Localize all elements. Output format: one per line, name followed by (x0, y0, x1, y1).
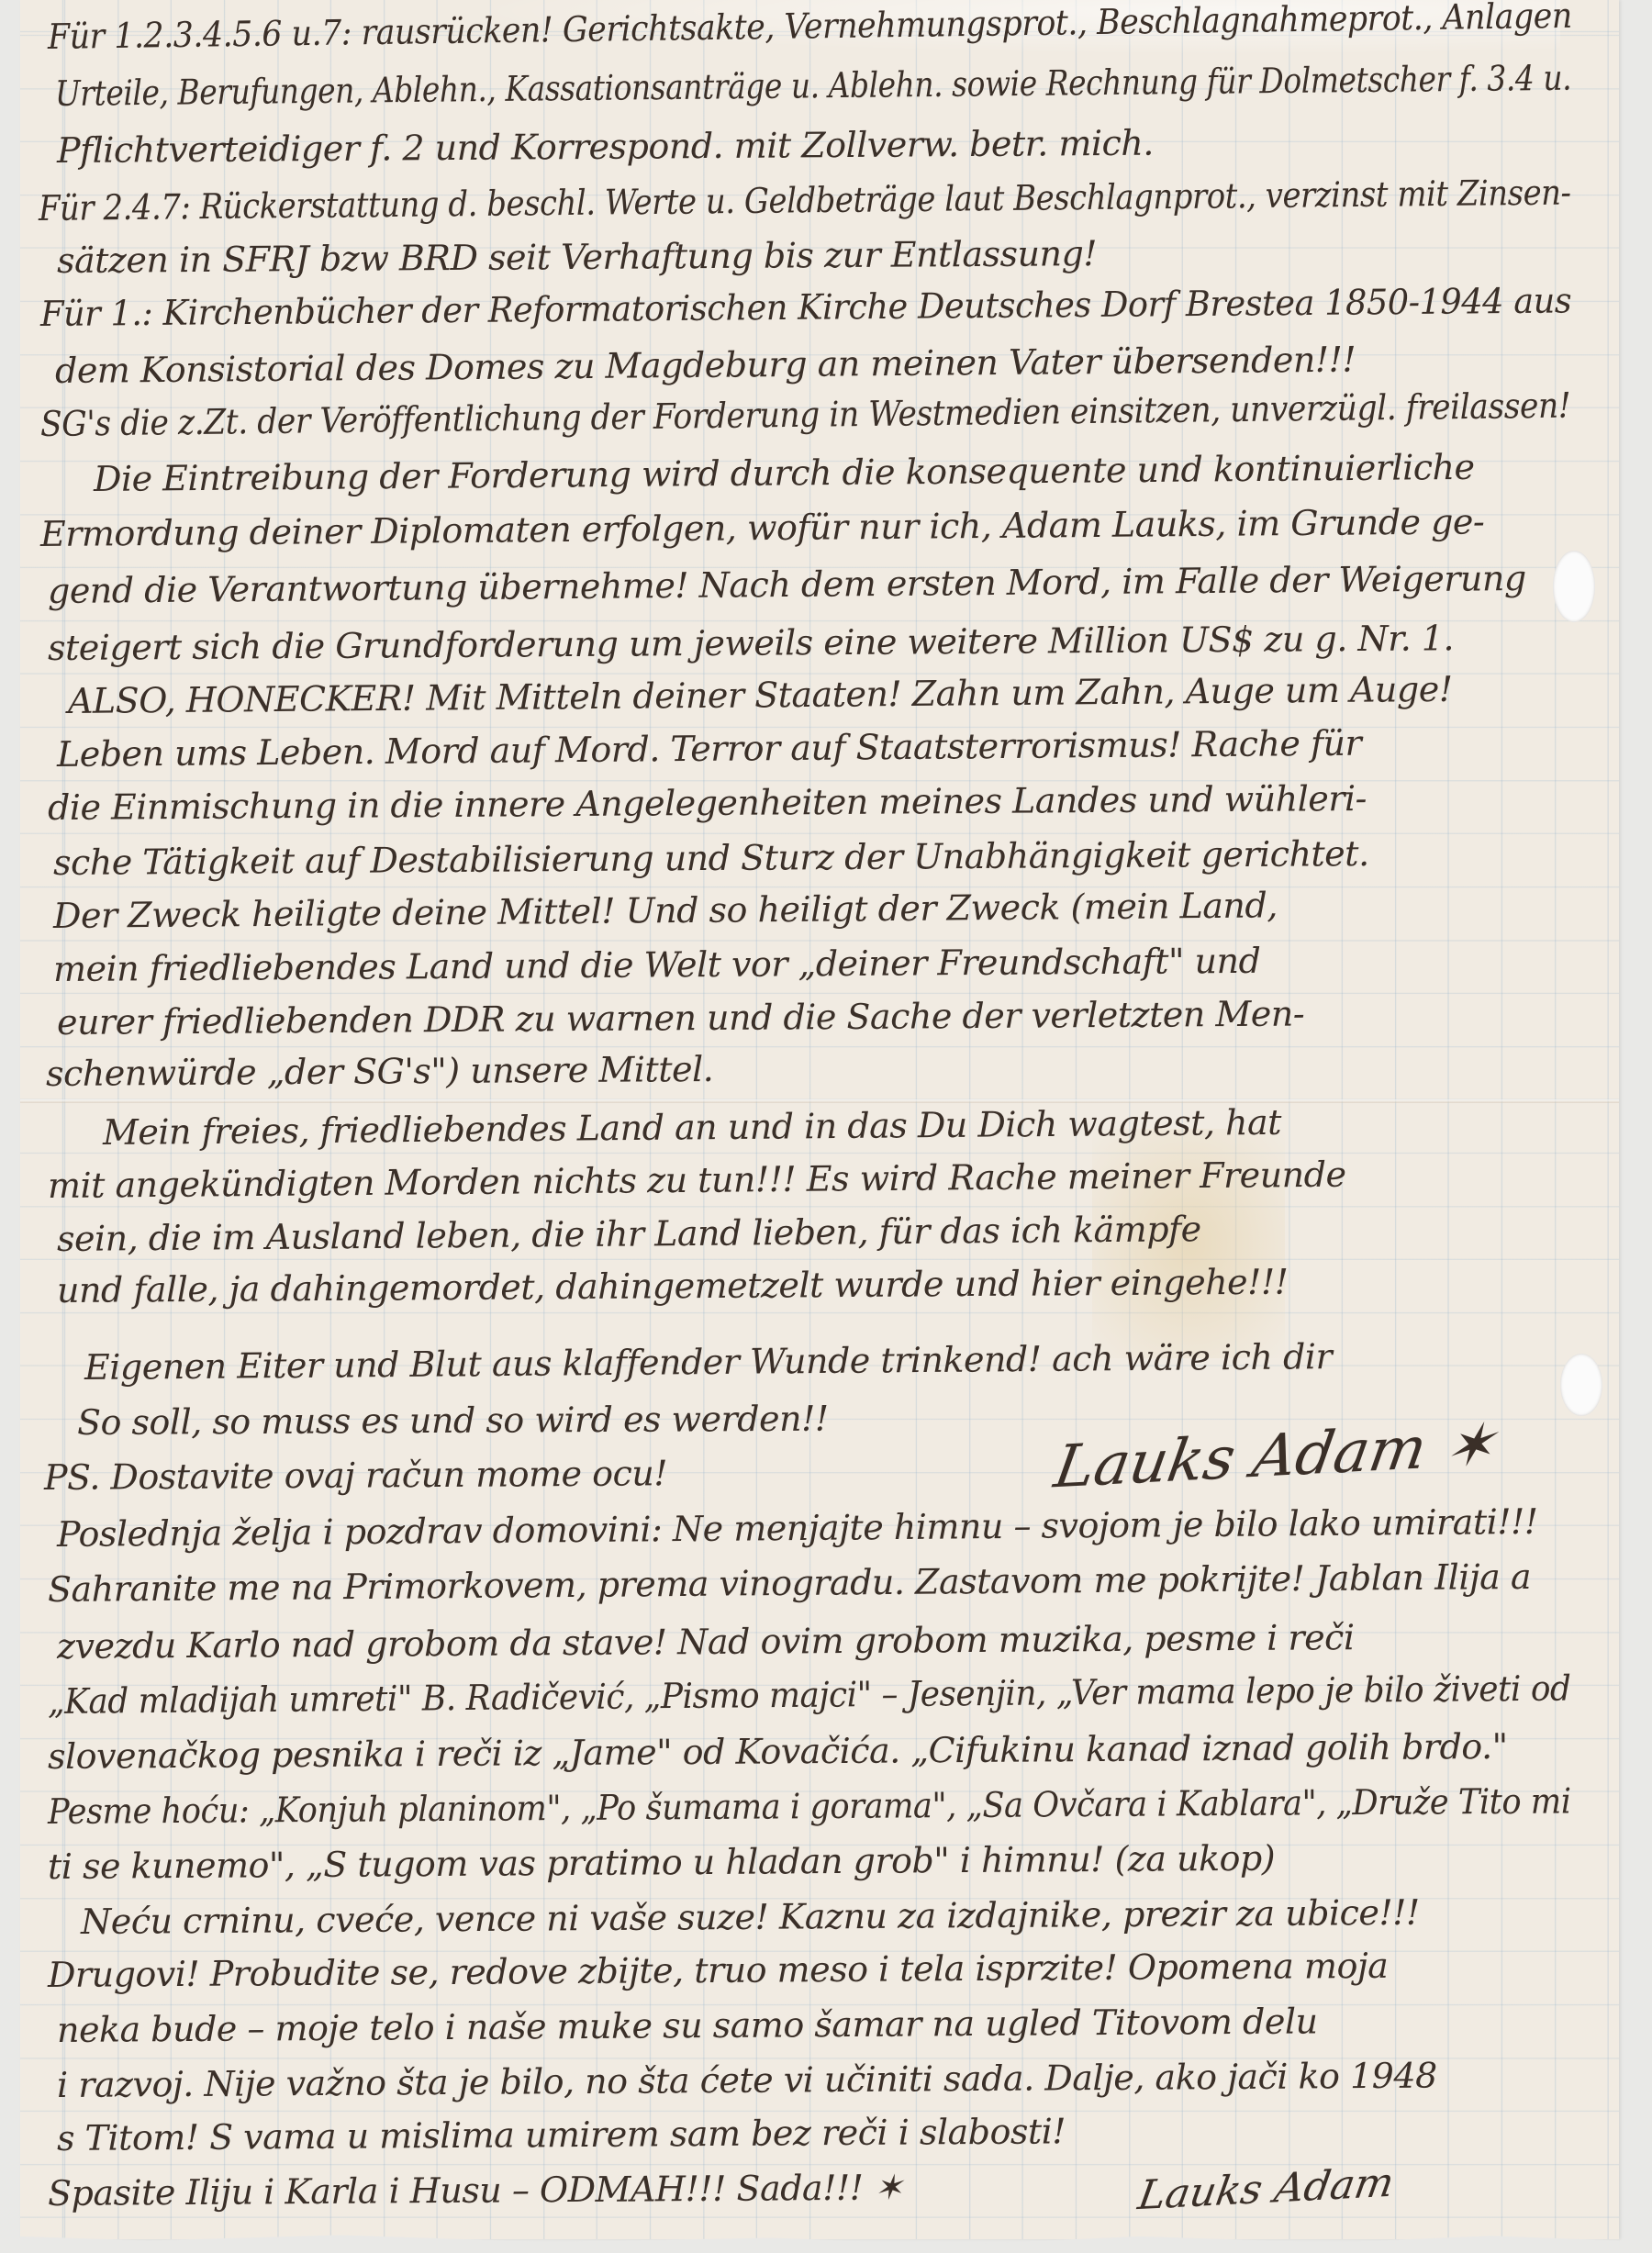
letter-line: Für 1.: Kirchenbücher der Reformatorisch… (40, 280, 1572, 334)
letter-line: ALSO, HONECKER! Mit Mitteln deiner Staat… (68, 669, 1453, 721)
letter-line: Eigenen Eiter und Blut aus klaffender Wu… (84, 1336, 1333, 1388)
letter-line: eurer friedliebenden DDR zu warnen und d… (57, 994, 1304, 1043)
letter-line: die Einmischung in die innere Angelegenh… (48, 778, 1367, 828)
letter-body: Für 1.2.3.4.5.6 u.7: rausrücken! Gericht… (20, 0, 1619, 2239)
letter-line: Sahranite me na Primorkovem, prema vinog… (48, 1556, 1531, 1610)
letter-line: sein, die im Ausland leben, die ihr Land… (57, 1209, 1201, 1259)
letter-line: ti se kunemo", „S tugom vas pratimo u hl… (48, 1838, 1275, 1887)
letter-line: sche Tätigkeit auf Destabilisierung und … (53, 833, 1369, 883)
letter-line: und falle, ja dahingemordet, dahingemetz… (57, 1262, 1289, 1311)
letter-line: s Titom! S vama u mislima umirem sam bez… (57, 2111, 1066, 2158)
signature-lauks-adam-final: Lauks Adam (1135, 2159, 1398, 2219)
letter-line: Ermordung deiner Diplomaten erfolgen, wo… (40, 501, 1485, 554)
letter-line: zvezdu Karlo nad grobom da stave! Nad ov… (57, 1617, 1355, 1667)
letter-line: Poslednja želja i pozdrav domovini: Ne m… (57, 1501, 1538, 1555)
letter-line: Die Eintreibung der Forderung wird durch… (94, 447, 1475, 499)
letter-line: SG's die z.Zt. der Veröffentlichung der … (40, 385, 1571, 444)
letter-line-ps: PS. Dostavite ovaj račun mome ocu! (44, 1453, 667, 1498)
letter-line: neka bude – moje telo i naše muke su sam… (57, 2001, 1318, 2050)
letter-line: gend die Verantwortung übernehme! Nach d… (48, 558, 1526, 611)
letter-line: Spasite Iliju i Karla i Husu – ODMAH!!! … (48, 2167, 903, 2214)
letter-line: slovenačkog pesnika i reči iz „Jame" od … (48, 1726, 1508, 1777)
letter-line: Neću crninu, cveće, vence ni vaše suze! … (81, 1892, 1420, 1942)
letter-line: schenwürde „der SG's") unsere Mittel. (46, 1049, 714, 1094)
letter-line: Mein freies, friedliebendes Land an und … (103, 1102, 1281, 1153)
letter-line: sätzen in SFRJ bzw BRD seit Verhaftung b… (57, 233, 1097, 281)
signature-lauks-adam: Lauks Adam ✶ (1050, 1411, 1500, 1502)
letter-line: So soll, so muss es und so wird es werde… (77, 1399, 829, 1443)
letter-line: dem Konsistorial des Domes zu Magdeburg … (55, 340, 1356, 391)
letter-line: i razvoj. Nije važno šta je bilo, no šta… (57, 2056, 1437, 2105)
letter-line: mit angekündigten Morden nichts zu tun!!… (48, 1154, 1346, 1206)
letter-line: steigert sich die Grundforderung um jewe… (48, 618, 1454, 668)
letter-line: mein friedliebendes Land und die Welt vo… (53, 941, 1261, 989)
letter-line: Leben ums Leben. Mord auf Mord. Terror a… (57, 723, 1362, 775)
letter-line: Für 2.4.7: Rückerstattung d. beschl. Wer… (39, 173, 1571, 229)
letter-line: Drugovi! Probudite se, redove zbijte, tr… (48, 1946, 1389, 1995)
letter-line: Der Zweck heiligte deine Mittel! Und so … (53, 885, 1278, 936)
letter-line: Pesme hoću: „Konjuh planinom", „Po šumam… (48, 1780, 1571, 1832)
letter-line: Pflichtverteidiger f. 2 und Korrespond. … (57, 123, 1154, 171)
letter-line: Urteile, Berufungen, Ablehn., Kassations… (55, 58, 1572, 114)
letter-line: Für 1.2.3.4.5.6 u.7: rausrücken! Gericht… (48, 0, 1572, 57)
letter-line: „Kad mladijah umreti" B. Radičević, „Pis… (48, 1668, 1571, 1722)
